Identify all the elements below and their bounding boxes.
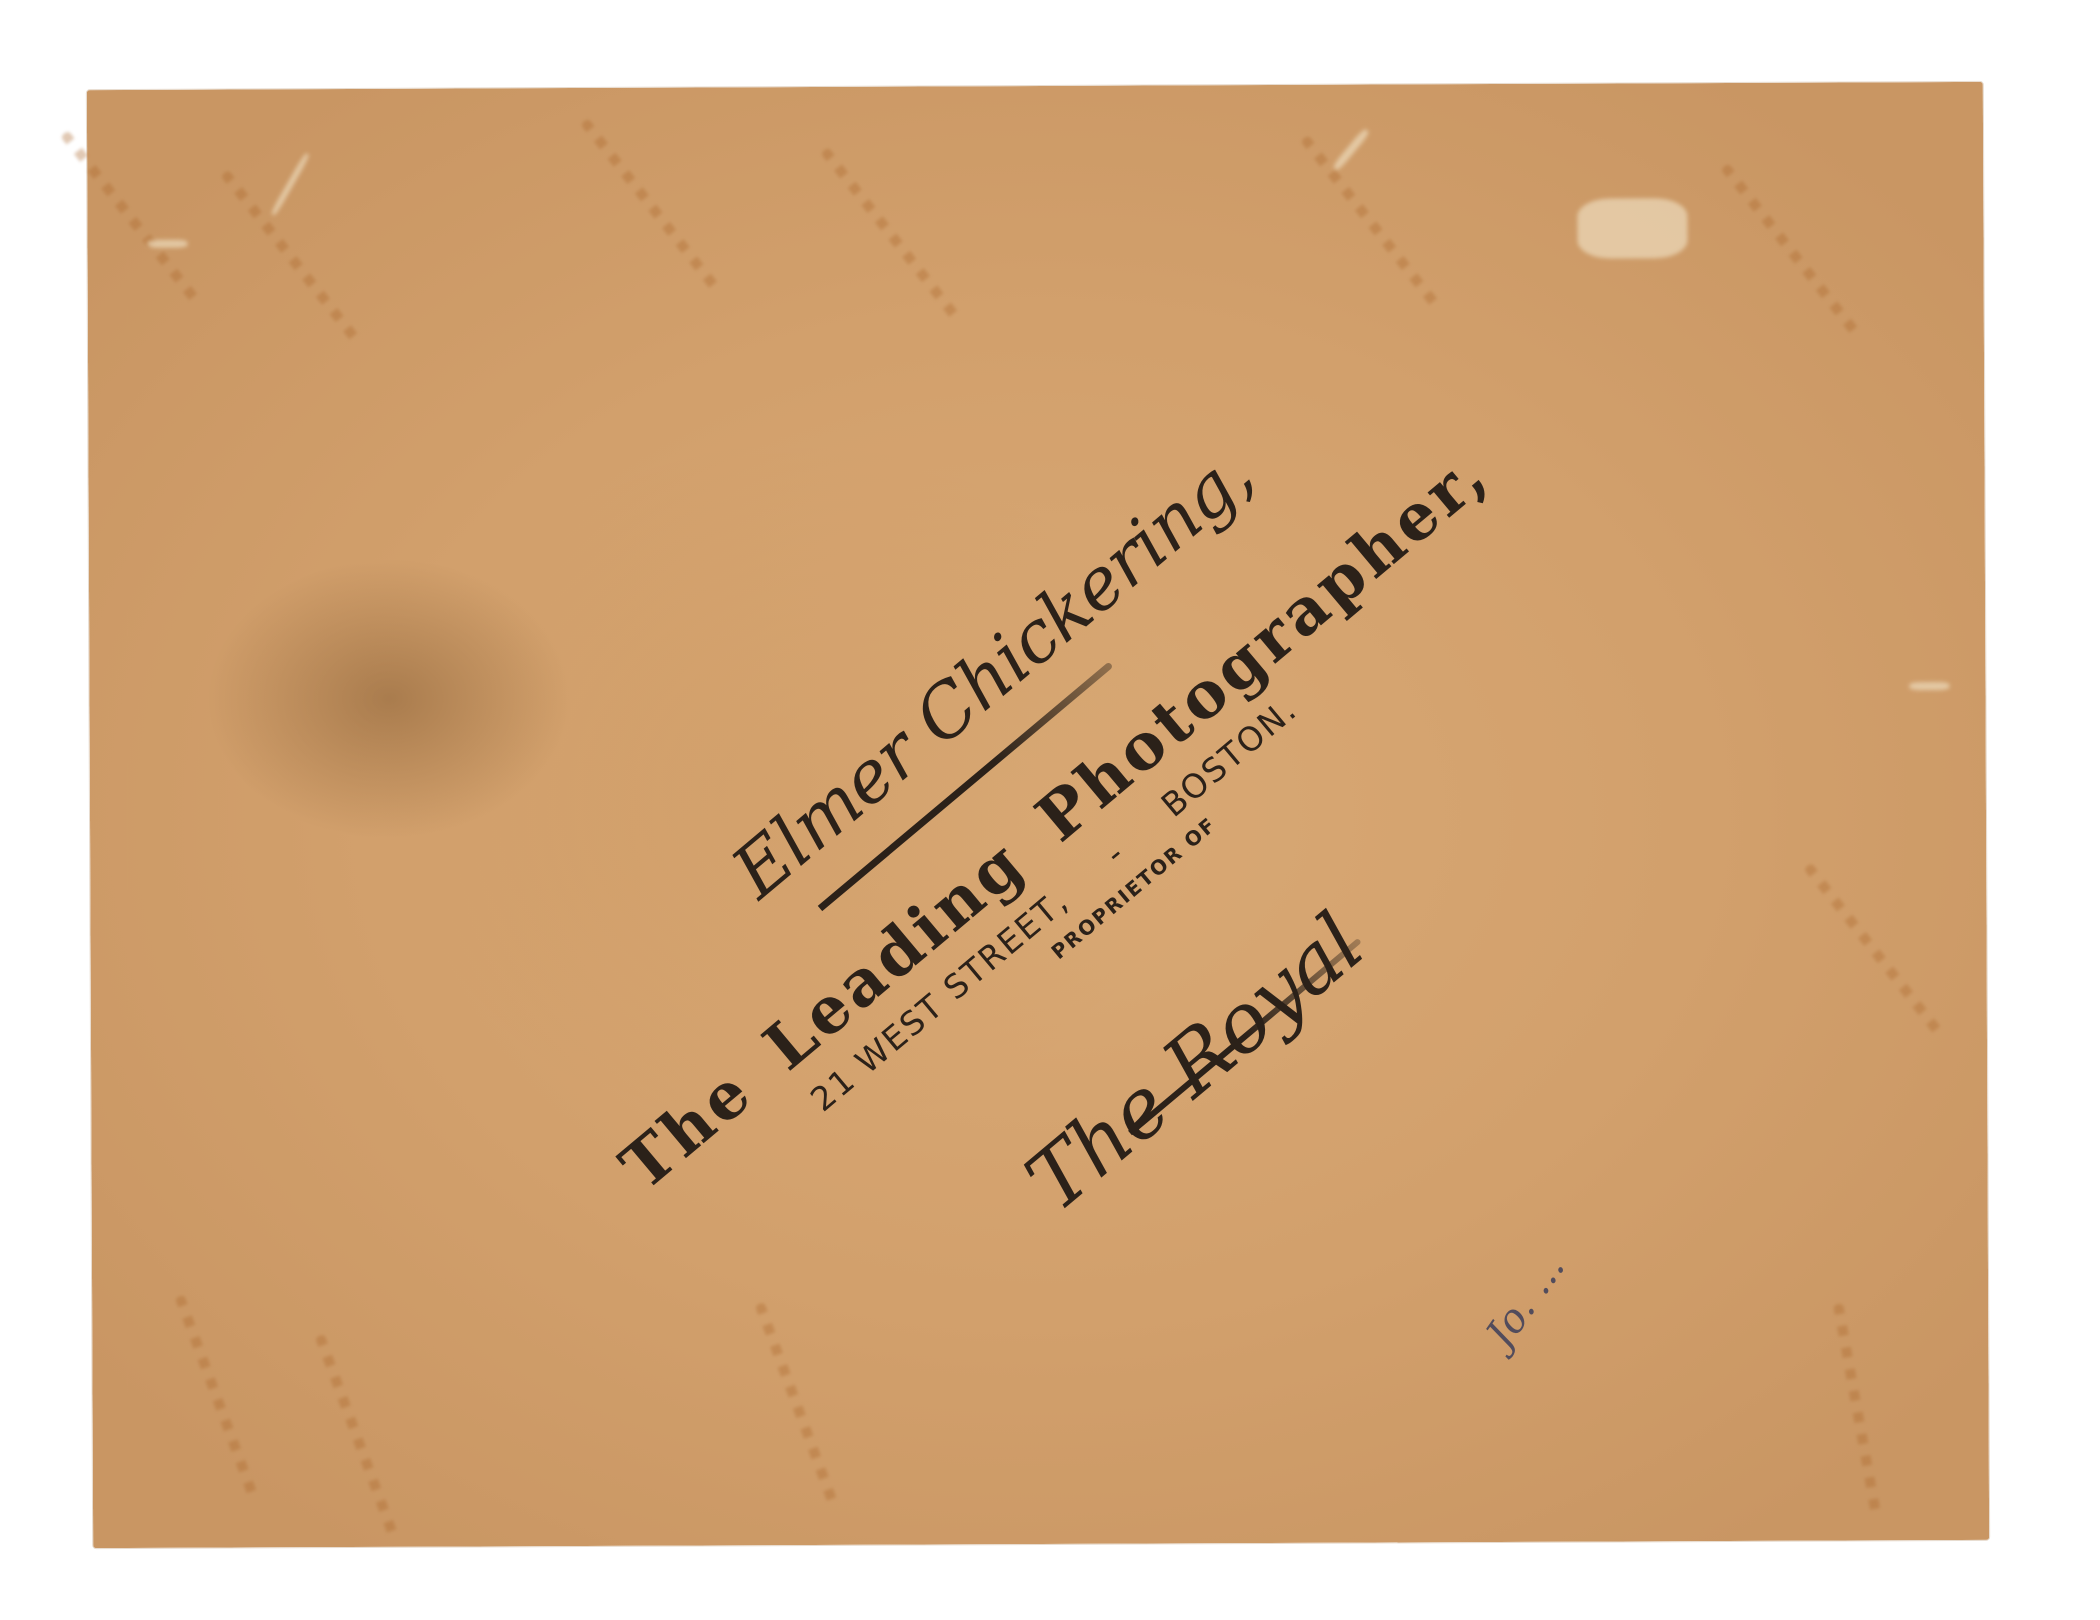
foxing-stain xyxy=(175,1295,261,1505)
foxing-stain xyxy=(580,118,724,297)
foxing-stain xyxy=(1833,1303,1882,1521)
abrasion-mark xyxy=(270,152,310,216)
foxing-stain xyxy=(1300,135,1444,314)
foxing-stain xyxy=(1804,863,1948,1042)
foxing-stain xyxy=(1721,163,1865,342)
foxing-stain xyxy=(60,130,204,309)
foxing-stain xyxy=(221,170,365,349)
address-separator: - xyxy=(1097,833,1133,872)
abrasion-mark xyxy=(147,240,187,248)
abrasion-mark xyxy=(1577,198,1687,258)
abrasion-mark xyxy=(1909,682,1949,690)
abrasion-mark xyxy=(1332,128,1370,172)
foxing-stain xyxy=(315,1334,401,1544)
foxing-stain xyxy=(820,147,964,326)
foxing-stain xyxy=(755,1302,841,1512)
